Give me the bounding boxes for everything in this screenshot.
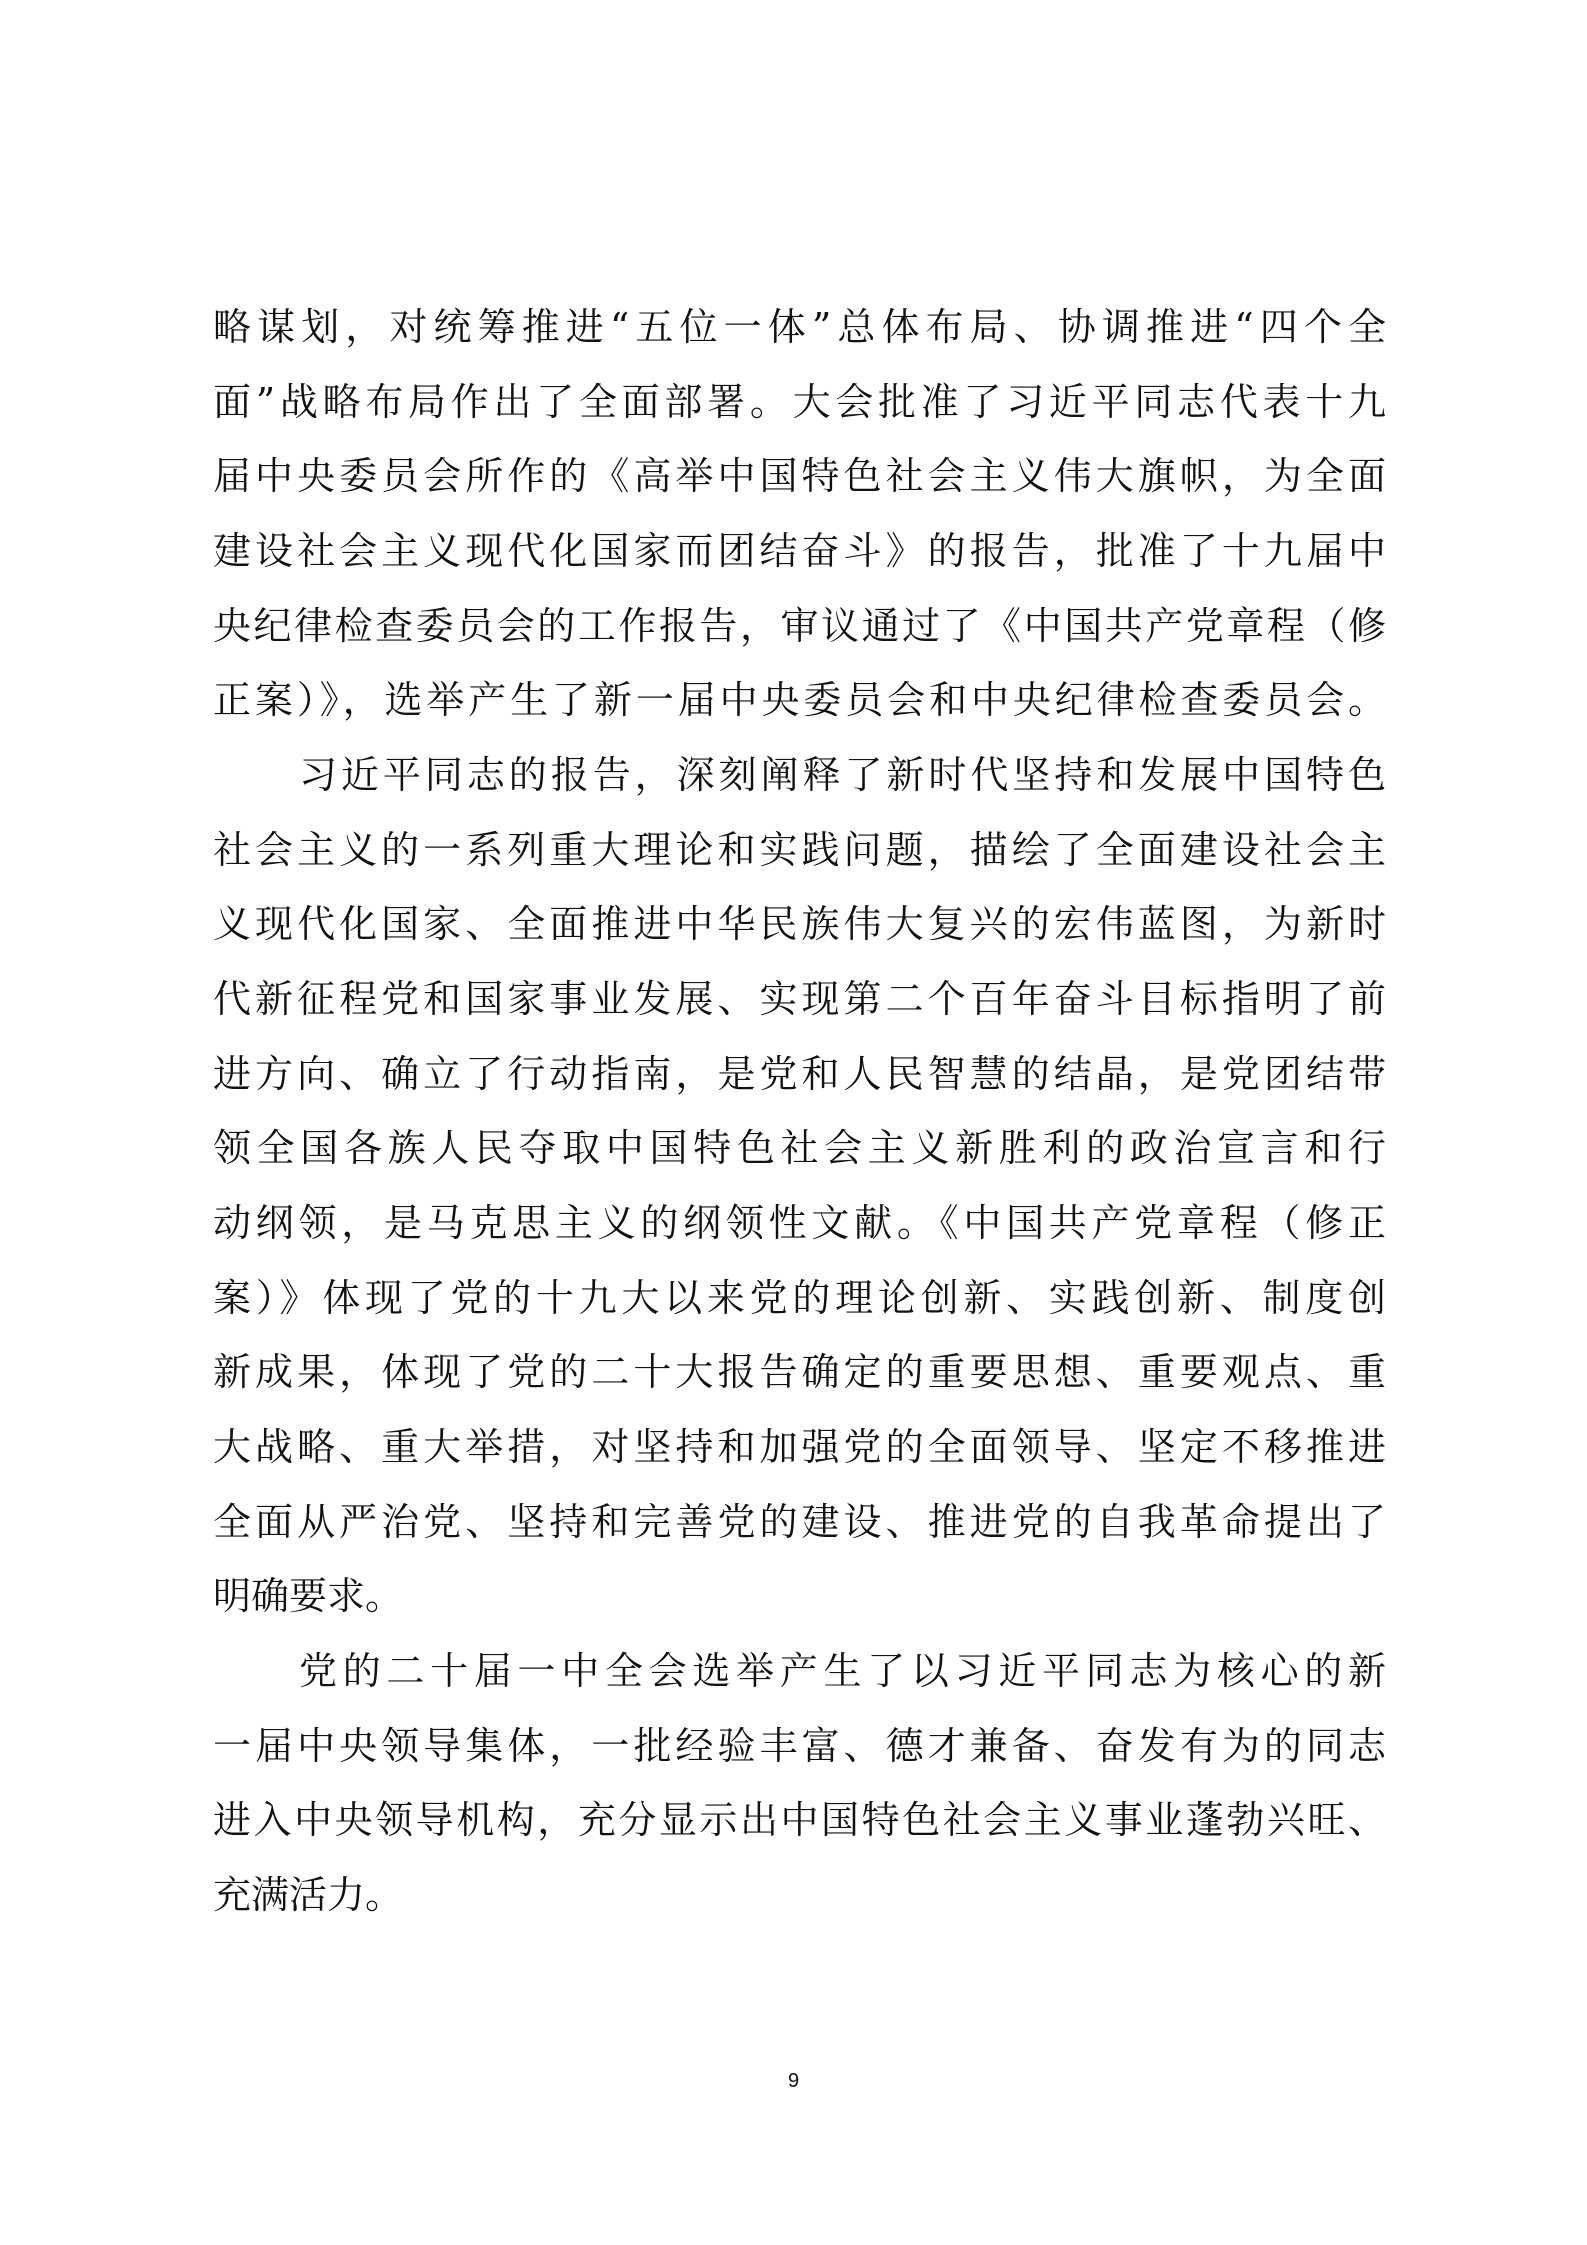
text-line: 动纲领，是马克思主义的纲领性文献。《中国共产党章程（修正 [213,1193,1386,1253]
text-line: 一届中央领导集体，一批经验丰富、德才兼备、奋发有为的同志 [213,1716,1386,1776]
text-line: 代新征程党和国家事业发展、实现第二个百年奋斗目标指明了前 [213,969,1386,1029]
text-line: 略谋划，对统筹推进“五位一体”总体布局、协调推进“四个全 [213,297,1386,357]
text-line: 领全国各族人民夺取中国特色社会主义新胜利的政治宣言和行 [213,1118,1386,1178]
text-line: 新成果，体现了党的二十大报告确定的重要思想、重要观点、重 [213,1342,1386,1402]
text-line: 央纪律检查委员会的工作报告，审议通过了《中国共产党章程（修 [213,596,1386,656]
text-line: 明确要求。 [213,1566,1386,1626]
text-line: 全面从严治党、坚持和完善党的建设、推进党的自我革命提出了 [213,1492,1386,1552]
text-line: 正案）》，选举产生了新一届中央委员会和中央纪律检查委员会。 [213,670,1386,730]
text-line: 充满活力。 [213,1865,1386,1925]
document-page: 略谋划，对统筹推进“五位一体”总体布局、协调推进“四个全 面”战略布局作出了全面… [0,0,1587,2245]
text-line-indented: 党的二十届一中全会选举产生了以习近平同志为核心的新 [213,1641,1386,1701]
text-line: 义现代化国家、全面推进中华民族伟大复兴的宏伟蓝图，为新时 [213,894,1386,954]
text-line: 进方向、确立了行动指南，是党和人民智慧的结晶，是党团结带 [213,1044,1386,1104]
page-number: 9 [0,2070,1587,2093]
text-line-indented: 习近平同志的报告，深刻阐释了新时代坚持和发展中国特色 [213,745,1386,805]
text-line: 社会主义的一系列重大理论和实践问题，描绘了全面建设社会主 [213,820,1386,880]
text-line: 届中央委员会所作的《高举中国特色社会主义伟大旗帜，为全面 [213,446,1386,506]
text-line: 建设社会主义现代化国家而团结奋斗》的报告，批准了十九届中 [213,521,1386,581]
text-line: 案）》体现了党的十九大以来党的理论创新、实践创新、制度创 [213,1268,1386,1328]
text-line: 面”战略布局作出了全面部署。大会批准了习近平同志代表十九 [213,372,1386,432]
text-line: 进入中央领导机构，充分显示出中国特色社会主义事业蓬勃兴旺、 [213,1790,1386,1850]
text-line: 大战略、重大举措，对坚持和加强党的全面领导、坚定不移推进 [213,1417,1386,1477]
